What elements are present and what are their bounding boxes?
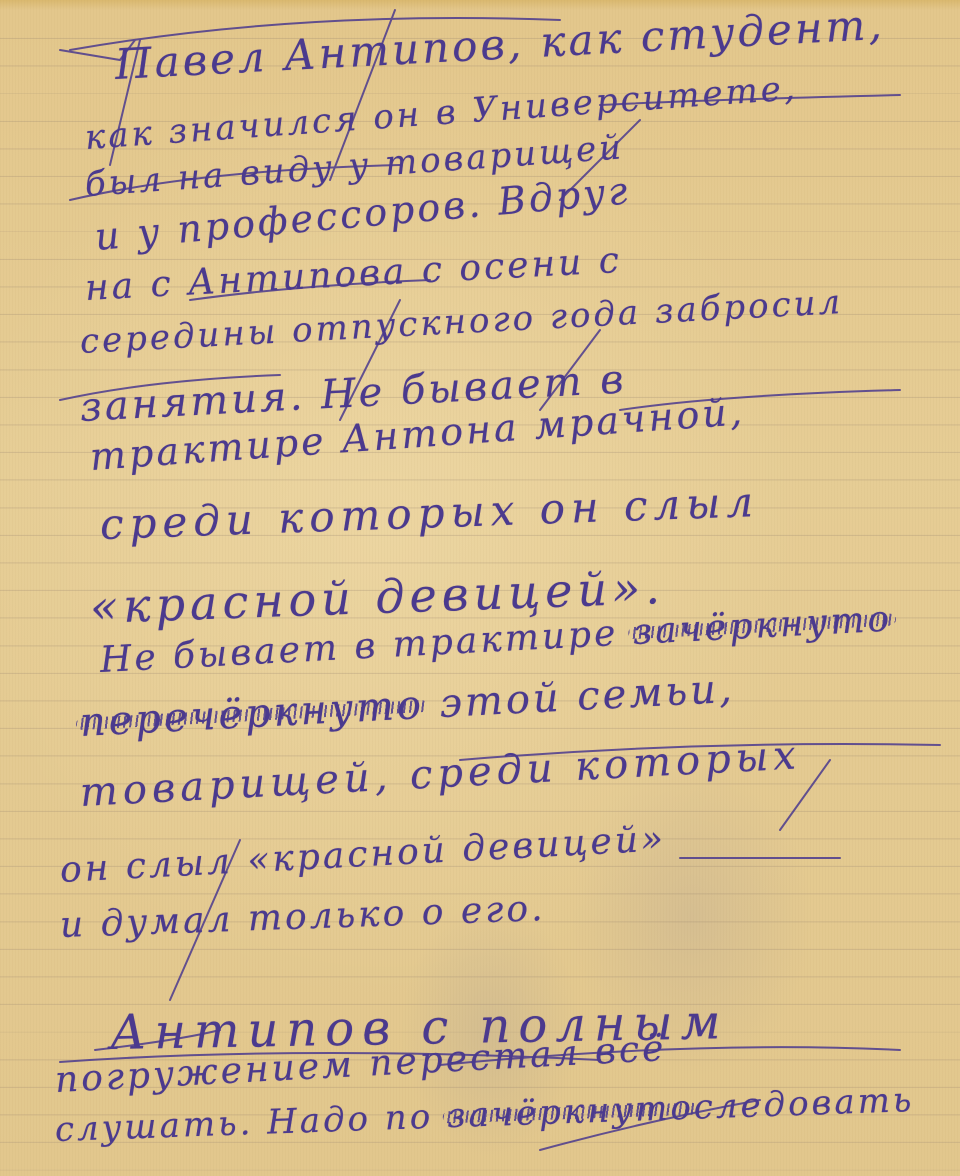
struck-text: перечёркнуто (79, 682, 425, 746)
struck-text: зачёркнуто (446, 1088, 694, 1137)
manuscript-line-14: он слыл «красной девицей» (59, 818, 667, 891)
manuscript-line-12: перечёркнуто этой семьи, (79, 666, 736, 746)
manuscript-line-9: среди которых он слыл (99, 477, 760, 549)
struck-out-word: зачёркнуто (632, 599, 894, 654)
manuscript-page: Павел Антипов, как студент, как значился… (0, 0, 960, 1176)
line-text: товарищей, среди которых (79, 732, 802, 816)
line-text: слушать. Надо по (54, 1097, 434, 1150)
struck-out-word: перечёркнуто (79, 682, 425, 746)
struck-out-word: зачёркнуто (446, 1088, 694, 1137)
line-text: среди которых он слыл (99, 477, 760, 549)
struck-text: зачёркнуто (632, 599, 894, 654)
line-text: следовать (693, 1080, 915, 1128)
line-text: этой семьи, (438, 666, 735, 727)
manuscript-line-13: товарищей, среди которых (79, 732, 802, 816)
line-text: и думал только о его. (59, 888, 546, 946)
manuscript-line-15: и думал только о его. (59, 888, 546, 946)
line-text: он слыл «красной девицей» (59, 818, 667, 891)
